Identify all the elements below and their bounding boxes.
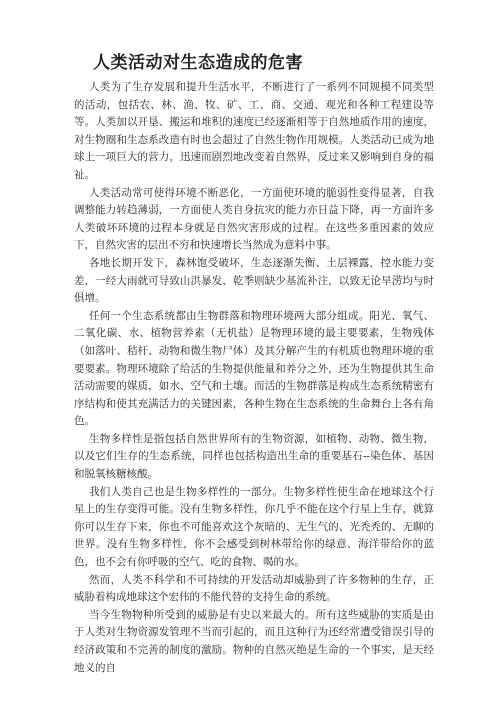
document-page: 人类活动对生态造成的危害 人类为了生存发展和提升生活水平，不断进行了一系列不同规… [0,0,500,707]
paragraph-humans-part-of-biodiversity: 我们人类自己也是生物多样性的一部分。生物多样性使生命在地球这个行星上的生存变得可… [74,484,434,572]
paragraph-unsustainable-development: 然而，人类不科学和不可持续的开发活动却威胁到了许多物种的生存，正威胁着构成地球这… [74,572,434,607]
paragraph-human-activity-intro: 人类为了生存发展和提升生活水平，不断进行了一系列不同规模不同类型的活动，包括农、… [74,79,434,185]
paragraph-ecosystem-components: 任何一个生态系统都由生物群落和物理环境两大部分组成。阳光、氧气、二氧化碳、水、植… [74,308,434,431]
paragraph-deforestation-floods: 各地长期开发下，森林饱受破坏，生态逐渐失衡、土层裸露，控水能力变差，一经大雨就可… [74,255,434,308]
paragraph-biodiversity-definition: 生物多样性是指包括自然世界所有的生物资源，如植物、动物、微生物，以及它们生存的生… [74,431,434,484]
paragraph-environment-deterioration: 人类活动常可使得环境不断恶化，一方面使环境的脆弱性变得显著，自我调整能力转趋薄弱… [74,185,434,255]
document-title: 人类活动对生态造成的危害 [74,54,434,71]
paragraph-species-threat: 当今生物物种所受到的威胁是有史以来最大的。所有这些威胁的实质是由于人类对生物资源… [74,607,434,677]
document-body: 人类为了生存发展和提升生活水平，不断进行了一系列不同规模不同类型的活动，包括农、… [74,79,434,677]
